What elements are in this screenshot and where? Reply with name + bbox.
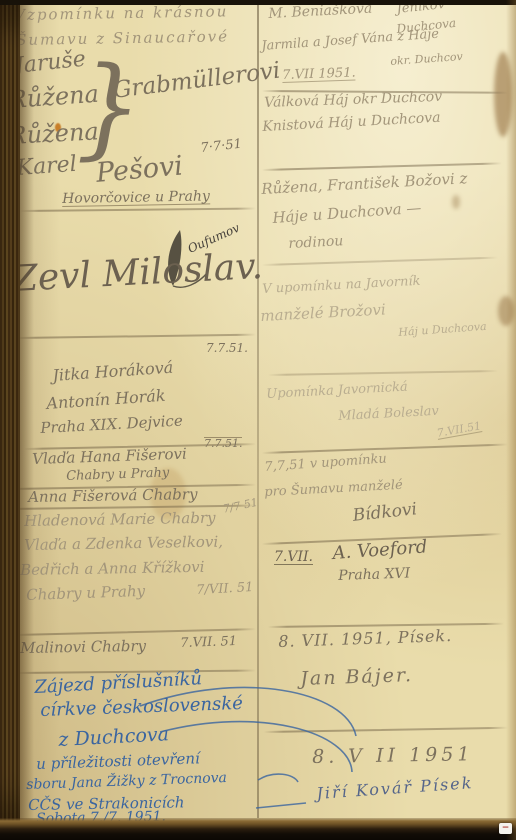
entry-date: 7/VII. 51 — [196, 581, 254, 597]
signature-name: Růžena, František Božovi z — [261, 171, 468, 197]
dedication-line: Upomínka Javornická — [266, 381, 408, 401]
entry-place: Chabry u Prahy — [66, 466, 169, 483]
entry-date: 8. V II 1951 — [312, 745, 474, 767]
paper-stain — [452, 195, 460, 209]
signature-name: Malinovi Chabry — [20, 639, 146, 656]
signature-name: Knistová Háj u Duchcova — [262, 111, 441, 134]
family-signature: Bídkovi — [352, 501, 418, 525]
entry-date: 7.7.51. — [204, 437, 242, 449]
dedication-line: 7,7,51 v upomínku — [264, 452, 387, 474]
signature-name: rodinou — [288, 234, 344, 251]
entry-date: 7.7.51. — [206, 342, 248, 354]
entry-date: 7.VII. — [274, 550, 313, 565]
signature-name: Jarmila a Josef Vána z Háje — [261, 28, 439, 53]
page-bottom-edge — [0, 818, 516, 840]
main-signature: Zevl Miloslav. — [12, 249, 264, 298]
spine-shadow — [20, 0, 34, 840]
dedication-line: V upomínku na Javorník — [262, 275, 421, 296]
page-top-edge — [0, 0, 516, 5]
guestbook-page: Vzpomínku na krásnou Šumavu z Sinaucařov… — [0, 0, 516, 840]
rule-line — [268, 370, 498, 376]
signature-name: Vlaďa a Zdenka Veselkovi, — [24, 535, 223, 553]
signature-name: Antonín Horák — [46, 388, 166, 412]
entry-date: 7.VII.51 — [436, 420, 482, 440]
minus-badge-icon[interactable]: − — [499, 823, 512, 834]
dedication-line: Vzpomínku na krásnou — [14, 4, 228, 23]
signature-name: Válková Háj okr Duchcov — [264, 90, 442, 110]
signature-name: manželé Brožovi — [260, 302, 386, 324]
entry-place: Mladá Boleslav — [338, 405, 439, 423]
entry-place: Praha XVI — [338, 566, 410, 583]
entry-date: 7·7·51 — [200, 138, 242, 155]
signature-name: Jan Bájer. — [300, 666, 413, 689]
signature-name: Bedřich a Anna Křížkovi — [20, 560, 205, 578]
signature-name: Jitka Horáková — [52, 360, 174, 384]
entry-place: Praha XIX. Dejvice — [40, 414, 183, 436]
entry-place: Chabry u Prahy — [26, 584, 145, 603]
signature-name: Anna Fišerová Chabry — [28, 487, 198, 505]
brace-stroke: } — [76, 52, 142, 161]
ink-flourish-blue — [256, 768, 318, 816]
entry-place: Háje u Duchcova — — [272, 201, 422, 226]
family-signature: Pešovi — [95, 152, 184, 186]
entry-date: 8. VII. 1951, Písek. — [278, 628, 452, 650]
entry-place: Hovorčovice u Prahy — [62, 189, 210, 207]
signature-name: A. Voeford — [332, 538, 428, 563]
entry-place: Háj u Duchcova — [398, 321, 487, 338]
book-spine-edge — [0, 0, 20, 840]
entry-date: 7.VII 1951. — [282, 66, 356, 83]
rule-line — [16, 334, 256, 339]
signature-name: Vlaďa Hana Fišerovi — [32, 447, 187, 467]
entry-date: 7.VII. 51 — [180, 635, 237, 650]
rule-line — [262, 257, 498, 266]
entry-date: 7/7 51 — [222, 497, 259, 515]
rule-line — [20, 208, 256, 212]
entry-place: okr. Duchcov — [390, 51, 463, 67]
signature-name: Hladenová Marie Chabry — [24, 511, 216, 529]
page-right-edge — [506, 0, 516, 840]
dedication-line: pro Šumavu manželé — [264, 479, 403, 499]
